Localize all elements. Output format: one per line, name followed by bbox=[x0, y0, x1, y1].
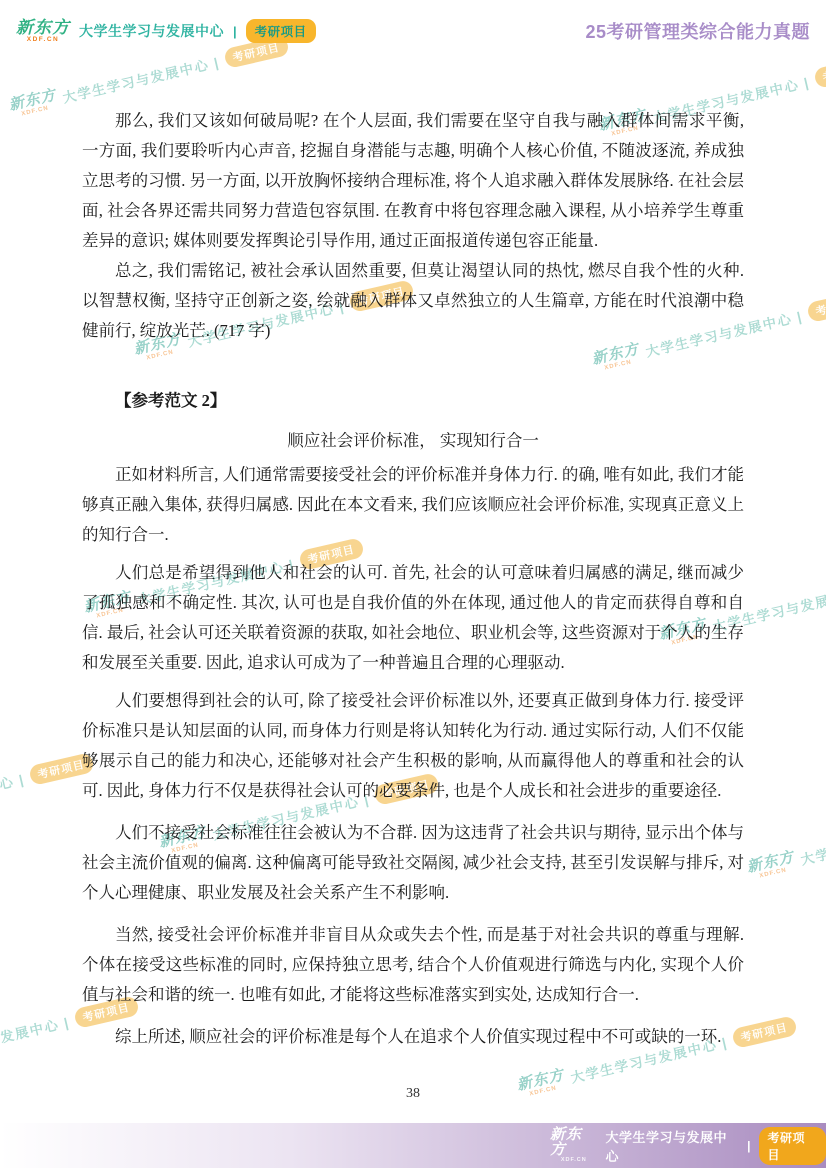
watermark: 新东方XDF.CN大学生学习与发展中心 |考研项目 bbox=[746, 796, 826, 881]
xdf-logo-watermark: 新东方XDF.CN bbox=[8, 87, 60, 119]
xdf-logo-url: XDF.CN bbox=[27, 37, 59, 44]
footer-divider: | bbox=[747, 1139, 750, 1153]
xdf-logo-footer-url: XDF.CN bbox=[561, 1158, 587, 1164]
essay-paragraph-3: 正如材料所言, 人们通常需要接受社会的评价标准并身体力行. 的确, 唯有如此, … bbox=[82, 460, 744, 550]
watermark-dept-text: 大学生学习与发展中心 | bbox=[0, 1011, 71, 1067]
xdf-logo-text: 新东方 bbox=[16, 19, 70, 36]
essay-paragraph-7: 当然, 接受社会评价标准并非盲目从众或失去个性, 而是基于对社会共识的尊重与理解… bbox=[82, 920, 744, 1010]
footer-bar: 新东方 XDF.CN 大学生学习与发展中心 | 考研项目 bbox=[0, 1123, 826, 1168]
xdf-logo-watermark: 新东方XDF.CN bbox=[746, 849, 798, 881]
essay-paragraph-5: 人们要想得到社会的认可, 除了接受社会评价标准以外, 还要真正做到身体力行. 接… bbox=[82, 686, 744, 806]
document-page: 新东方XDF.CN大学生学习与发展中心 |考研项目新东方XDF.CN大学生学习与… bbox=[0, 0, 826, 1168]
watermark-dept-text: 大学生学习与发展中心 | bbox=[0, 768, 26, 824]
essay-paragraph-2: 总之, 我们需铭记, 被社会承认固然重要, 但莫让渴望认同的热忱, 燃尽自我个性… bbox=[82, 256, 744, 346]
header-divider: | bbox=[233, 24, 237, 39]
essay-title: 顺应社会评价标准， 实现知行合一 bbox=[82, 426, 744, 456]
watermark-kaoyan-badge: 考研项目 bbox=[806, 289, 826, 323]
section-heading: 【参考范文 2】 bbox=[82, 386, 744, 416]
header-kaoyan-badge: 考研项目 bbox=[246, 19, 316, 43]
footer-kaoyan-badge: 考研项目 bbox=[759, 1127, 826, 1165]
header-document-title: 25考研管理类综合能力真题 bbox=[585, 18, 810, 44]
xdf-logo: 新东方 XDF.CN bbox=[16, 19, 70, 44]
xdf-logo-footer-text: 新东方 bbox=[550, 1127, 598, 1157]
essay-paragraph-6: 人们不接受社会标准往往会被认为不合群. 因为这违背了社会共识与期待, 显示出个体… bbox=[82, 818, 744, 908]
essay-paragraph-8: 综上所述, 顺应社会的评价标准是每个人在追求个人价值实现过程中不可或缺的一环. bbox=[82, 1022, 744, 1052]
essay-paragraph-4: 人们总是希望得到他人和社会的认可. 首先, 社会的认可意味着归属感的满足, 继而… bbox=[82, 558, 744, 678]
watermark-kaoyan-badge: 考研项目 bbox=[813, 55, 826, 89]
footer-dept-label: 大学生学习与发展中心 bbox=[606, 1127, 740, 1165]
watermark-dept-text: 大学生学习与发展中心 | bbox=[798, 813, 826, 869]
essay-body: 那么, 我们又该如何破局呢? 在个人层面, 我们需要在坚守自我与融入群体间需求平… bbox=[82, 106, 744, 1052]
watermark-dept-text: 大学生学习与发展中心 | bbox=[60, 51, 221, 107]
header-dept-label: 大学生学习与发展中心 bbox=[79, 21, 224, 41]
essay-paragraph-1: 那么, 我们又该如何破局呢? 在个人层面, 我们需要在坚守自我与融入群体间需求平… bbox=[82, 106, 744, 256]
page-header: 新东方 XDF.CN 大学生学习与发展中心 | 考研项目 25考研管理类综合能力… bbox=[16, 12, 810, 50]
xdf-logo-footer: 新东方 XDF.CN bbox=[550, 1127, 598, 1164]
page-number: 38 bbox=[0, 1086, 826, 1102]
watermark: 新东方XDF.CN大学生学习与发展中心 |考研项目 bbox=[0, 751, 95, 836]
